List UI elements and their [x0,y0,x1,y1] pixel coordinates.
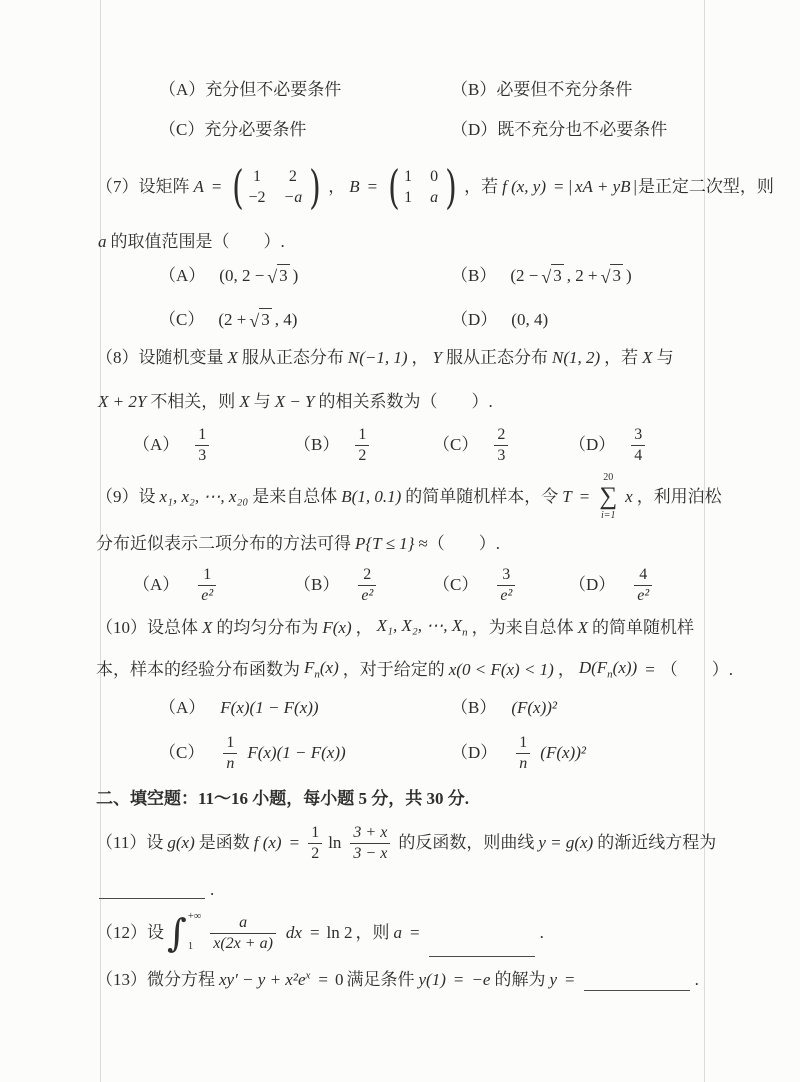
formula-Fn: Fn(x) [304,657,339,682]
sqrt-radical: √3 [267,264,289,288]
q9-text: （9）设 [96,486,156,507]
option-label: （B） [451,265,496,286]
integral-lower-limit: 1 [188,942,201,953]
initial-condition-rhs: −e [471,969,490,990]
interval-text: (0, 4) [511,309,548,330]
q9-text: ≈（ ）. [418,533,500,554]
denominator: 2 [308,843,322,863]
initial-condition-lhs: y(1) [418,969,445,990]
q9-option-b: （B） 2e² [293,565,432,604]
period: . [695,969,699,990]
fraction: 1n [513,733,533,772]
q10-line-1: （10）设总体 X 的均匀分布为 F(x) ， X₁, X₂, ⋯, Xn ，为… [95,616,709,640]
fraction: 12 [308,823,322,862]
q10-text: ，对于给定的 [343,659,445,680]
formula-Fx: F(x) [322,617,351,638]
option-text: （A）充分但不必要条件 [159,79,341,100]
period: . [540,922,544,943]
q10-options-row-ab: （A） F(x)(1 − F(x)) （B） (F(x))² [95,694,709,722]
formula-x-range: x(0 < F(x) < 1) [449,659,554,680]
blank-underline [99,880,205,899]
denominator: 3 − x [350,843,390,863]
interval-text: (0, 2 − [219,265,264,286]
q13-text: 的解为 [494,969,545,990]
q8-text: 与 [657,347,674,368]
var-B: B [349,176,359,197]
radicand: 3 [259,308,272,332]
q7-options-row-cd: （C） (2 + √3 , 4) （D） (0, 4) [95,304,709,336]
option-label: （D） [451,309,497,330]
interval-text: ) [293,265,299,286]
matrix-cell: 1 [248,166,265,187]
q7-option-c: （C） (2 + √3 , 4) [158,308,450,332]
abs-bar-left: | [569,176,572,197]
q8-text: 不相关，则 [150,391,235,412]
integral-upper-limit: +∞ [188,912,201,923]
option-text: （C）充分必要条件 [159,119,306,140]
interval-text: (2 − [510,265,538,286]
q13-text: 满足条件 [346,969,414,990]
formula-x-plus-2y: X + 2Y [98,391,146,412]
option-label: （C） [433,574,478,595]
option-formula: (F(x))² [540,742,586,763]
q11-text: （11）设 [96,832,163,853]
interval-text: ) [626,265,632,286]
q11-line-2: . [95,878,709,902]
q6-options-row-cd: （C）充分必要条件 （D）既不充分也不必要条件 [95,118,709,142]
fraction: 4e² [631,565,655,604]
option-label: （B） [294,574,339,595]
fraction: 34 [631,425,645,464]
q10-text: ， [558,659,575,680]
matrix-cell: 2 [280,166,305,187]
numerator: 4 [636,565,650,584]
q8-option-b: （B） 12 [293,425,432,464]
denominator: x(2x + a) [210,933,276,953]
matrix-cell: −2 [248,187,265,208]
formula-fx: f (x) [254,832,282,853]
q8-text: 服从正态分布 [242,347,344,368]
q9-text: 的简单随机样本，令 [405,486,558,507]
integral-limits: +∞ 1 [187,911,201,955]
denominator: n [516,753,530,773]
q7-separator: ， [328,176,345,197]
q10-text: 本，样本的经验分布函数为 [96,659,300,680]
var-X: X [578,617,588,638]
var-X: X [228,347,238,368]
sum-lower-limit: i=1 [601,510,616,522]
equals-sign: = [368,176,378,197]
matrix-cell: 0 [427,166,441,187]
formula-bernoulli: B(1, 0.1) [341,486,401,507]
interval-text: , 2 + [567,265,598,286]
ln-operator: ln [328,832,341,853]
q6-option-d: （D）既不充分也不必要条件 [450,119,709,140]
equals-sign: = [310,922,320,943]
option-text: （B）必要但不充分条件 [451,79,632,100]
q8-text: 与 [254,391,271,412]
denominator: e² [198,585,216,605]
var-x: x [625,486,633,507]
q10-option-a: （A） F(x)(1 − F(x)) [158,697,450,718]
q8-text: （8）设随机变量 [96,347,224,368]
q7-option-d: （D） (0, 4) [450,309,709,330]
q9-option-a: （A） 1e² [132,565,293,604]
q11-text: 是函数 [199,832,250,853]
q7-range-text: 的取值范围是（ ）. [111,231,285,252]
q10-text: 的简单随机样 [592,617,694,638]
q9-line-2: 分布近似表示二项分布的方法可得 P{T ≤ 1} ≈（ ）. [95,532,709,556]
q6-option-a: （A）充分但不必要条件 [158,79,450,100]
page-content: （A）充分但不必要条件 （B）必要但不充分条件 （C）充分必要条件 （D）既不充… [95,0,709,1082]
formula-fxy: f (x, y) [502,176,546,197]
matrix-paren-left: ( [233,169,245,206]
q9-options-row: （A） 1e² （B） 2e² （C） 3e² （D） 4e² [95,560,709,610]
matrix-cell: 1 [404,187,412,208]
option-label: （C） [159,742,204,763]
denominator: n [223,753,237,773]
denominator: 2 [355,445,369,465]
q6-option-b: （B）必要但不充分条件 [450,79,709,100]
var-Y: Y [433,347,442,368]
q7-line-2: a 的取值范围是（ ）. [95,230,709,254]
matrix-paren-right: ) [445,169,457,206]
equals-sign: = [565,969,575,990]
equals-sign: = [454,969,464,990]
q7-mid-text: ，若 [464,176,498,197]
q7-option-a: （A） (0, 2 − √3 ) [158,264,450,288]
q10-option-b: （B） (F(x))² [450,697,709,718]
matrix-b: ( 1 0 1 a ) [385,166,460,208]
option-label: （C） [433,434,478,455]
equals-sign: = [212,176,222,197]
numerator: 3 [631,425,645,444]
equals-sign: = [580,486,590,507]
q8-option-d: （D） 34 [568,425,709,464]
fraction: 1e² [195,565,219,604]
numerator: 1 [516,733,530,752]
q9-option-c: （C） 3e² [432,565,568,604]
formula-x-minus-y: X − Y [275,391,315,412]
denominator: e² [358,585,376,605]
q6-option-c: （C）充分必要条件 [158,119,450,140]
summation-symbol: 20 ∑ i=1 [599,472,617,522]
formula-normal-dist: N(−1, 1) [348,347,408,368]
q8-options-row: （A） 13 （B） 12 （C） 23 （D） 34 [95,422,709,468]
q11-line-1: （11）设 g(x) 是函数 f (x) = 12 ln 3 + x3 − x … [95,816,709,870]
dx-term: dx [286,922,302,943]
zero-value: 0 [335,969,344,990]
formula-DFn: D(Fn(x)) [579,657,637,682]
q10-option-c: （C） 1n F(x)(1 − F(x)) [158,733,450,772]
radicand: 3 [610,264,623,288]
section-2-header: 二、填空题：11～16 小题，每小题 5 分，共 30 分. [95,786,709,812]
var-a: a [394,922,403,943]
var-a: a [98,231,107,252]
var-A: A [194,176,204,197]
option-label: （D） [451,742,497,763]
q8-text: 服从正态分布 [446,347,548,368]
matrix-cell: 1 [404,166,412,187]
option-formula: F(x)(1 − F(x)) [247,742,345,763]
option-formula: F(x)(1 − F(x)) [220,697,318,718]
option-formula: (F(x))² [511,697,557,718]
denominator: e² [634,585,652,605]
integral-symbol: ∫ +∞ 1 [167,911,201,955]
q9-text: 是来自总体 [252,486,337,507]
of-x-close: (x)) [613,658,638,677]
sqrt-sign: √ [267,268,277,288]
q7-tail-text: 是正定二次型，则 [638,176,774,197]
q8-text: 的相关系数为（ ）. [319,391,493,412]
var-T: T [562,486,571,507]
option-label: （A） [159,697,205,718]
numerator: 1 [200,565,214,584]
matrix-paren-left: ( [388,169,400,206]
formula-normal-dist: N(1, 2) [552,347,600,368]
sqrt-radical: √3 [601,264,623,288]
fraction: 23 [494,425,508,464]
formula-determinant: xA + yB [575,176,631,197]
option-label: （B） [451,697,496,718]
q12-line: （12）设 ∫ +∞ 1 ax(2x + a) dx = ln 2 ，则 a =… [95,906,709,960]
numerator: 1 [195,425,209,444]
q8-option-a: （A） 13 [132,425,293,464]
section-title: 二、填空题：11～16 小题，每小题 5 分，共 30 分. [96,788,469,809]
denominator: e² [497,585,515,605]
numerator: a [236,913,250,932]
q8-text: ，若 [604,347,638,368]
q12-text: （12）设 [96,922,164,943]
matrix-b-grid: 1 0 1 a [404,166,441,208]
blank-underline [429,938,535,957]
q9-line-1: （9）设 x₁, x₂, ⋯, x₂₀ 是来自总体 B(1, 0.1) 的简单随… [95,470,709,524]
q10-text: 的均匀分布为 [216,617,318,638]
option-label: （A） [133,434,179,455]
var-X: X [239,391,249,412]
matrix-a: ( 1 2 −2 −a ) [229,166,324,208]
q7-option-b: （B） (2 − √3 , 2 + √3 ) [450,264,709,288]
D-open: D(F [579,658,607,677]
numerator: 1 [223,733,237,752]
numerator: 3 + x [350,823,390,842]
option-label: （A） [133,574,179,595]
var-X: X [202,617,212,638]
formula-y-gx: y = g(x) [538,832,593,853]
sqrt-sign: √ [601,268,611,288]
option-label: （A） [159,265,205,286]
q11-text: 的反函数，则曲线 [398,832,534,853]
formula-sample-list: X₁, X₂, ⋯, Xn [377,615,468,640]
q8-line-1: （8）设随机变量 X 服从正态分布 N(−1, 1) ， Y 服从正态分布 N(… [95,346,709,370]
sample-list-text: X₁, X₂, ⋯, X [377,616,462,635]
q10-option-d: （D） 1n (F(x))² [450,733,709,772]
sqrt-sign: √ [249,312,259,332]
sigma-icon: ∑ [599,484,617,510]
equals-sign: = [318,969,328,990]
interval-text: (2 + [218,309,246,330]
q8-line-2: X + 2Y 不相关，则 X 与 X − Y 的相关系数为（ ）. [95,390,709,414]
q6-options-row-ab: （A）充分但不必要条件 （B）必要但不充分条件 [95,78,709,102]
fraction: 2e² [355,565,379,604]
of-x: (x) [320,658,339,677]
fraction: 3e² [494,565,518,604]
q8-text: ， [412,347,429,368]
fraction: 3 + x3 − x [347,823,393,862]
equals-sign: = [410,922,420,943]
fraction: 12 [355,425,369,464]
denominator: 3 [494,445,508,465]
F-letter: F [304,658,314,677]
q10-text: （ ）. [661,659,733,680]
formula-sample-list: x₁, x₂, ⋯, x₂₀ [160,486,249,507]
q12-text: ，则 [356,922,390,943]
ode-body: xy′ − y + x²e [219,970,306,989]
denominator: 4 [631,445,645,465]
numerator: 3 [499,565,513,584]
q13-line: （13）微分方程 xy′ − y + x²ex = 0 满足条件 y(1) = … [95,966,709,994]
q10-options-row-cd: （C） 1n F(x)(1 − F(x)) （D） 1n (F(x))² [95,730,709,776]
scanned-exam-page: （A）充分但不必要条件 （B）必要但不充分条件 （C）充分必要条件 （D）既不充… [0,0,800,1082]
sqrt-radical: √3 [249,308,271,332]
equals-sign: = [290,832,300,853]
matrix-cell: −a [283,187,302,208]
option-label: （D） [569,574,615,595]
interval-text: , 4) [275,309,298,330]
q10-text: ，为来自总体 [472,617,574,638]
q10-text: ， [356,617,373,638]
superscript-x: x [306,970,311,982]
q9-text: 分布近似表示二项分布的方法可得 [96,533,351,554]
radicand: 3 [551,264,564,288]
numerator: 1 [355,425,369,444]
matrix-cell: a [430,187,438,208]
q9-text: ，利用泊松 [637,486,722,507]
abs-bar-right: | [634,176,637,197]
option-text: （D）既不充分也不必要条件 [451,119,667,140]
formula-ode: xy′ − y + x²ex [219,969,310,990]
radicand: 3 [277,264,290,288]
numerator: 2 [494,425,508,444]
var-y: y [549,969,557,990]
option-label: （D） [569,434,615,455]
q13-text: （13）微分方程 [96,969,215,990]
q10-text: （10）设总体 [96,617,198,638]
equals-sign: = [645,659,655,680]
q7-options-row-ab: （A） (0, 2 − √3 ) （B） (2 − √3 , 2 + √3 ) [95,260,709,292]
sqrt-radical: √3 [541,264,563,288]
equals-sign: = [554,176,564,197]
matrix-paren-right: ) [309,169,321,206]
q11-text: 的渐近线方程为 [597,832,716,853]
q8-option-c: （C） 23 [432,425,568,464]
ln2-value: ln 2 [327,922,353,943]
sqrt-sign: √ [541,268,551,288]
subscript-n: n [462,627,468,639]
integral-icon: ∫ [167,914,187,952]
option-label: （C） [159,309,204,330]
q9-option-d: （D） 4e² [568,565,709,604]
fraction: 13 [195,425,209,464]
numerator: 1 [308,823,322,842]
fraction: 1n [220,733,240,772]
blank-underline [584,972,690,991]
formula-gx: g(x) [167,832,194,853]
q7-line-1: （7）设矩阵 A = ( 1 2 −2 −a ) ， B = ( 1 0 [95,152,709,222]
matrix-a-grid: 1 2 −2 −a [248,166,305,208]
formula-probability: P{T ≤ 1} [355,533,414,554]
denominator: 3 [195,445,209,465]
period: . [210,879,214,900]
q7-lead: （7）设矩阵 [96,176,190,197]
fraction: ax(2x + a) [207,913,279,952]
option-label: （B） [294,434,339,455]
numerator: 2 [360,565,374,584]
q10-line-2: 本，样本的经验分布函数为 Fn(x) ，对于给定的 x(0 < F(x) < 1… [95,658,709,682]
var-X: X [642,347,652,368]
